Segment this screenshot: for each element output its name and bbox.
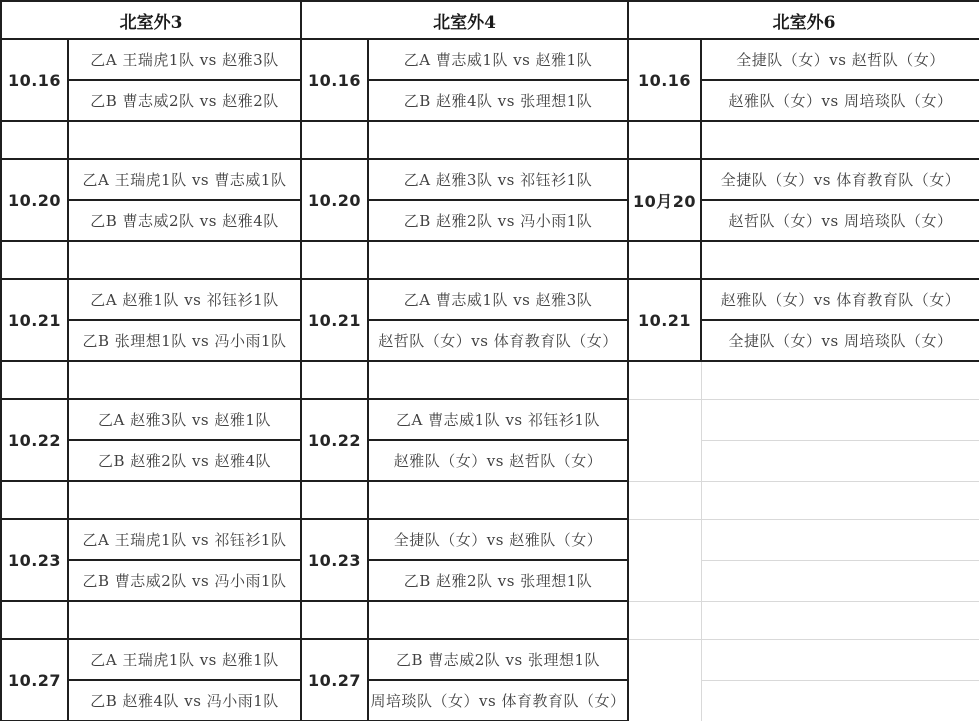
date-cell: 10月20 [628, 159, 701, 241]
date-cell: 10.21 [628, 279, 701, 361]
spacer-cell [628, 361, 701, 399]
spacer-cell [1, 121, 68, 159]
spacer-cell [301, 121, 368, 159]
date-cell: 10.22 [301, 399, 368, 481]
spacer-cell [628, 481, 701, 519]
spacer-cell [68, 121, 301, 159]
match-cell: 乙A 王瑞虎1队 vs 祁钰衫1队 [68, 519, 301, 560]
match-cell: 乙B 赵雅4队 vs 冯小雨1队 [68, 680, 301, 721]
spacer-cell [628, 241, 701, 279]
block-1020-row-2: 乙B 曹志威2队 vs 赵雅4队 乙B 赵雅2队 vs 冯小雨1队 赵哲队（女）… [1, 200, 979, 241]
match-cell: 赵哲队（女）vs 体育教育队（女） [368, 320, 628, 361]
date-cell: 10.16 [628, 39, 701, 121]
block-1021-row-2: 乙B 张理想1队 vs 冯小雨1队 赵哲队（女）vs 体育教育队（女） 全捷队（… [1, 320, 979, 361]
spacer-cell [1, 601, 68, 639]
spacer-cell [368, 601, 628, 639]
match-cell: 乙A 王瑞虎1队 vs 赵雅3队 [68, 39, 301, 80]
block-1027-row-2: 乙B 赵雅4队 vs 冯小雨1队 周培琰队（女）vs 体育教育队（女） [1, 680, 979, 721]
empty-match-cell [701, 680, 979, 721]
date-cell: 10.20 [1, 159, 68, 241]
date-cell: 10.22 [1, 399, 68, 481]
column-header-court-4: 北室外4 [301, 1, 628, 39]
match-cell: 全捷队（女）vs 赵雅队（女） [368, 519, 628, 560]
spacer-cell [368, 361, 628, 399]
match-cell: 全捷队（女）vs 体育教育队（女） [701, 159, 979, 200]
date-cell: 10.23 [1, 519, 68, 601]
match-cell: 乙B 赵雅2队 vs 冯小雨1队 [368, 200, 628, 241]
date-cell: 10.21 [301, 279, 368, 361]
block-1022-row-2: 乙B 赵雅2队 vs 赵雅4队 赵雅队（女）vs 赵哲队（女） [1, 440, 979, 481]
empty-match-cell [701, 519, 979, 560]
date-cell: 10.16 [1, 39, 68, 121]
spacer-cell [301, 361, 368, 399]
column-header-court-3: 北室外3 [1, 1, 301, 39]
spacer-cell [301, 481, 368, 519]
spacer-cell [301, 241, 368, 279]
match-cell: 赵雅队（女）vs 周培琰队（女） [701, 80, 979, 121]
spacer-cell [628, 121, 701, 159]
spacer-cell [368, 121, 628, 159]
spacer-row [1, 481, 979, 519]
empty-match-cell [701, 639, 979, 680]
match-cell: 全捷队（女）vs 赵哲队（女） [701, 39, 979, 80]
date-cell: 10.23 [301, 519, 368, 601]
block-1016-row-2: 乙B 曹志威2队 vs 赵雅2队 乙B 赵雅4队 vs 张理想1队 赵雅队（女）… [1, 80, 979, 121]
match-cell: 乙B 曹志威2队 vs 赵雅2队 [68, 80, 301, 121]
match-cell: 乙A 曹志威1队 vs 祁钰衫1队 [368, 399, 628, 440]
spacer-cell [628, 601, 701, 639]
match-cell: 乙B 曹志威2队 vs 赵雅4队 [68, 200, 301, 241]
spacer-cell [368, 241, 628, 279]
spacer-row [1, 241, 979, 279]
spacer-cell [701, 121, 979, 159]
block-1016-row-1: 10.16 乙A 王瑞虎1队 vs 赵雅3队 10.16 乙A 曹志威1队 vs… [1, 39, 979, 80]
match-cell: 赵雅队（女）vs 赵哲队（女） [368, 440, 628, 481]
block-1023-row-2: 乙B 曹志威2队 vs 冯小雨1队 乙B 赵雅2队 vs 张理想1队 [1, 560, 979, 601]
date-cell: 10.16 [301, 39, 368, 121]
match-cell: 乙B 赵雅2队 vs 赵雅4队 [68, 440, 301, 481]
date-cell: 10.27 [1, 639, 68, 721]
match-cell: 乙B 赵雅4队 vs 张理想1队 [368, 80, 628, 121]
column-header-court-6: 北室外6 [628, 1, 979, 39]
date-cell: 10.21 [1, 279, 68, 361]
match-cell: 乙A 王瑞虎1队 vs 曹志威1队 [68, 159, 301, 200]
spacer-cell [701, 481, 979, 519]
spacer-cell [68, 601, 301, 639]
match-cell: 赵哲队（女）vs 周培琰队（女） [701, 200, 979, 241]
match-schedule-table: 北室外3 北室外4 北室外6 10.16 乙A 王瑞虎1队 vs 赵雅3队 10… [0, 0, 979, 721]
empty-match-cell [701, 440, 979, 481]
match-cell: 乙B 赵雅2队 vs 张理想1队 [368, 560, 628, 601]
spacer-cell [68, 361, 301, 399]
spacer-row [1, 601, 979, 639]
match-cell: 周培琰队（女）vs 体育教育队（女） [368, 680, 628, 721]
spacer-cell [701, 241, 979, 279]
spacer-cell [701, 361, 979, 399]
spacer-cell [68, 481, 301, 519]
block-1022-row-1: 10.22 乙A 赵雅3队 vs 赵雅1队 10.22 乙A 曹志威1队 vs … [1, 399, 979, 440]
block-1021-row-1: 10.21 乙A 赵雅1队 vs 祁钰衫1队 10.21 乙A 曹志威1队 vs… [1, 279, 979, 320]
empty-date-cell [628, 519, 701, 601]
match-cell: 赵雅队（女）vs 体育教育队（女） [701, 279, 979, 320]
spacer-cell [701, 601, 979, 639]
block-1020-row-1: 10.20 乙A 王瑞虎1队 vs 曹志威1队 10.20 乙A 赵雅3队 vs… [1, 159, 979, 200]
date-cell: 10.20 [301, 159, 368, 241]
match-cell: 乙A 赵雅3队 vs 赵雅1队 [68, 399, 301, 440]
match-cell: 乙A 赵雅1队 vs 祁钰衫1队 [68, 279, 301, 320]
spacer-cell [1, 361, 68, 399]
block-1023-row-1: 10.23 乙A 王瑞虎1队 vs 祁钰衫1队 10.23 全捷队（女）vs 赵… [1, 519, 979, 560]
match-cell: 全捷队（女）vs 周培琰队（女） [701, 320, 979, 361]
match-cell: 乙A 赵雅3队 vs 祁钰衫1队 [368, 159, 628, 200]
spacer-cell [368, 481, 628, 519]
empty-match-cell [701, 560, 979, 601]
match-cell: 乙A 王瑞虎1队 vs 赵雅1队 [68, 639, 301, 680]
date-cell: 10.27 [301, 639, 368, 721]
empty-date-cell [628, 639, 701, 721]
match-cell: 乙A 曹志威1队 vs 赵雅1队 [368, 39, 628, 80]
spacer-cell [301, 601, 368, 639]
empty-match-cell [701, 399, 979, 440]
match-cell: 乙B 曹志威2队 vs 冯小雨1队 [68, 560, 301, 601]
match-cell: 乙B 张理想1队 vs 冯小雨1队 [68, 320, 301, 361]
spacer-cell [68, 241, 301, 279]
header-row: 北室外3 北室外4 北室外6 [1, 1, 979, 39]
match-cell: 乙B 曹志威2队 vs 张理想1队 [368, 639, 628, 680]
spacer-cell [1, 481, 68, 519]
spacer-row [1, 121, 979, 159]
match-cell: 乙A 曹志威1队 vs 赵雅3队 [368, 279, 628, 320]
empty-date-cell [628, 399, 701, 481]
spacer-cell [1, 241, 68, 279]
block-1027-row-1: 10.27 乙A 王瑞虎1队 vs 赵雅1队 10.27 乙B 曹志威2队 vs… [1, 639, 979, 680]
spacer-row [1, 361, 979, 399]
